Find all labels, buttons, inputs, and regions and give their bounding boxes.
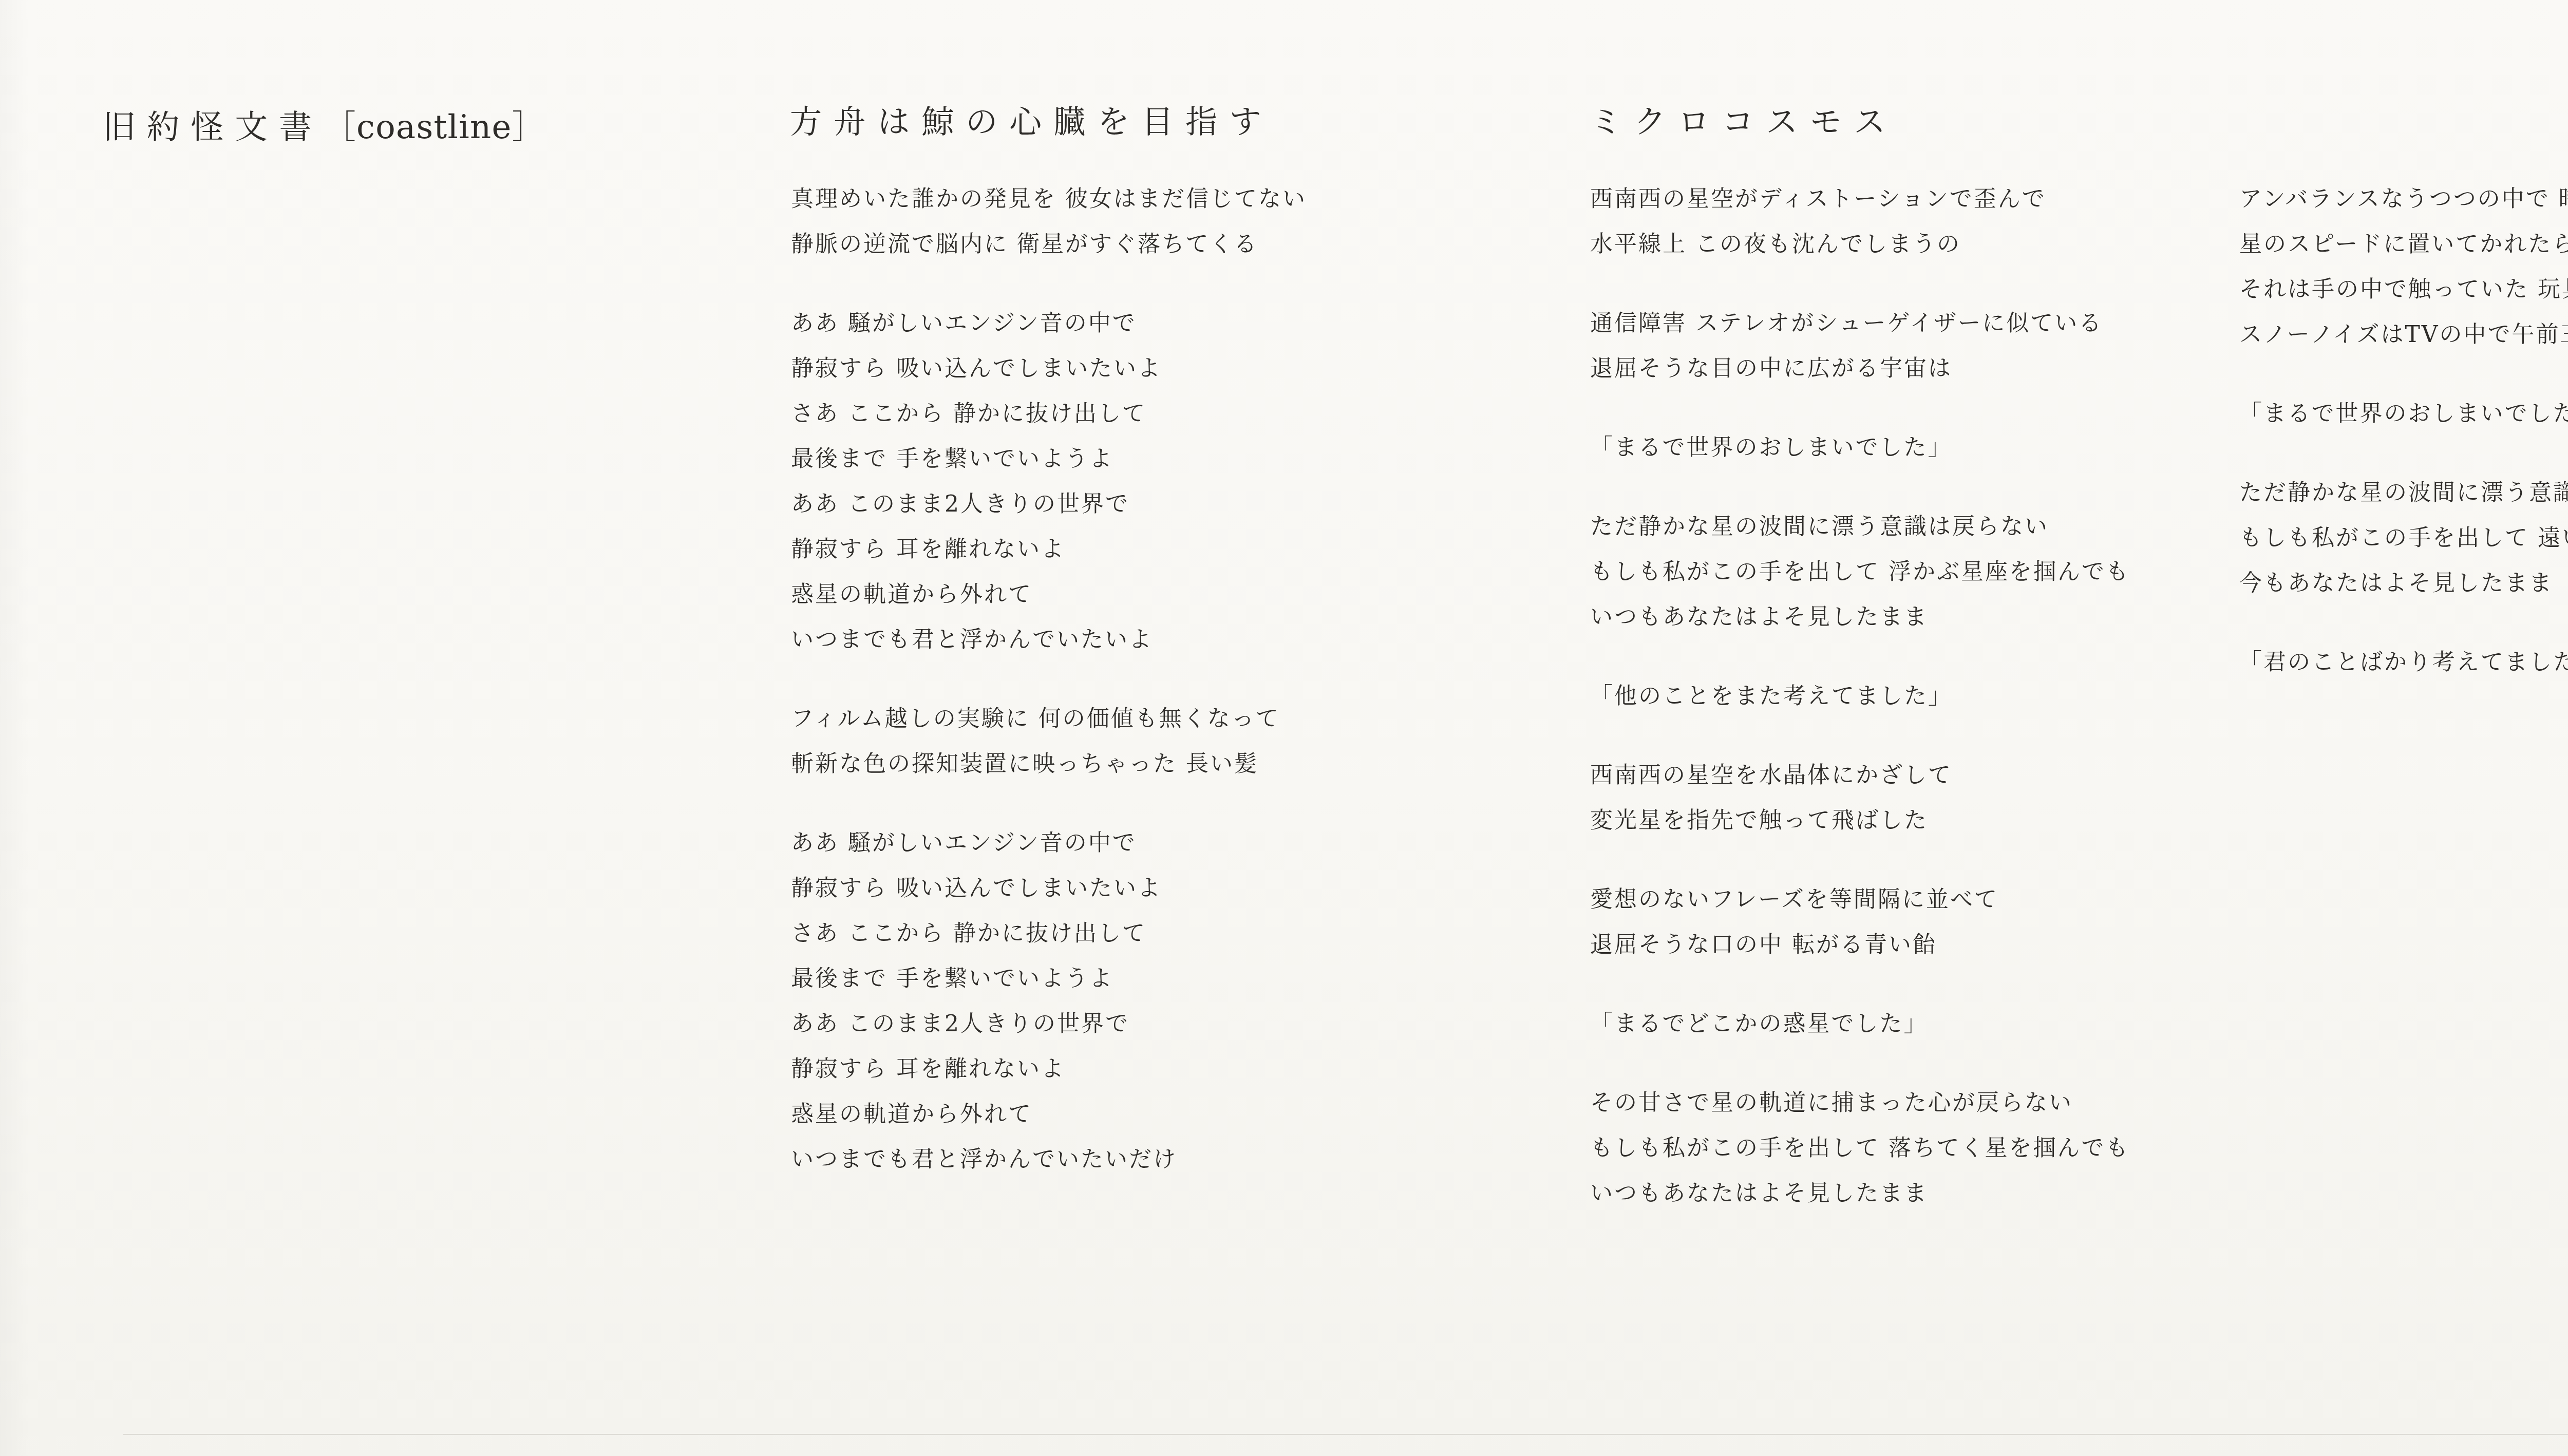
lyric-line: 最後まで 手を繋いでいようよ xyxy=(791,437,1307,482)
lyric-line: 水平線上 この夜も沈んでしまうの xyxy=(1590,222,2130,267)
lyric-line: さあ ここから 静かに抜け出して xyxy=(791,911,1307,956)
lyric-line-quote: 「まるで世界のおしまいでした」 xyxy=(2239,391,2568,437)
lyric-line-quote: 「まるで世界のおしまいでした」 xyxy=(1590,425,2130,470)
lyric-line: フィルム越しの実験に 何の価値も無くなって xyxy=(791,696,1307,742)
album-title-coastline: ［coastline］ xyxy=(323,108,545,146)
lyric-line: 今もあなたはよそ見したまま xyxy=(2239,561,2568,606)
lyric-line: ただ静かな星の波間に漂う意識は戻らない xyxy=(1590,504,2130,550)
lyric-line: いつまでも君と浮かんでいたいよ xyxy=(791,617,1307,663)
stanza: 「まるで世界のおしまいでした」 xyxy=(2239,391,2568,437)
lyric-line: 惑星の軌道から外れて xyxy=(791,572,1307,617)
stanza: 愛想のないフレーズを等間隔に並べて 退屈そうな口の中 転がる青い飴 xyxy=(1590,877,2130,968)
lyric-line: ああ このまま2人きりの世界で xyxy=(791,1001,1307,1047)
song-microcosmos-lyrics-column-1: 西南西の星空がディストーションで歪んで 水平線上 この夜も沈んでしまうの 通信障… xyxy=(1590,177,2130,1216)
stanza: ああ 騒がしいエンジン音の中で 静寂すら 吸い込んでしまいたいよ さあ ここから… xyxy=(791,821,1307,1182)
stanza: ただ静かな星の波間に漂う意識は戻らない もしも私がこの手を出して 遠い銀河を掴ん… xyxy=(2239,470,2568,606)
stanza: その甘さで星の軌道に捕まった心が戻らない もしも私がこの手を出して 落ちてく星を… xyxy=(1590,1081,2130,1216)
stanza: フィルム越しの実験に 何の価値も無くなって 斬新な色の探知装置に映っちゃった 長… xyxy=(791,696,1307,787)
lyric-line: それは手の中で触っていた 玩具みたいな天の川 xyxy=(2239,267,2568,312)
lyric-line-quote: 「他のことをまた考えてました」 xyxy=(1590,674,2130,719)
lyric-line: 退屈そうな目の中に広がる宇宙は xyxy=(1590,346,2130,391)
stanza: ただ静かな星の波間に漂う意識は戻らない もしも私がこの手を出して 浮かぶ星座を掴… xyxy=(1590,504,2130,640)
lyric-line: ああ 騒がしいエンジン音の中で xyxy=(791,301,1307,346)
lyric-line: ああ 騒がしいエンジン音の中で xyxy=(791,821,1307,866)
lyric-line: スノーノイズはTVの中で午前三時を照らしてる xyxy=(2239,312,2568,357)
stanza: 「他のことをまた考えてました」 xyxy=(1590,674,2130,719)
stanza: 真理めいた誰かの発見を 彼女はまだ信じてない 静脈の逆流で脳内に 衛星がすぐ落ち… xyxy=(791,177,1307,267)
scan-edge-shading xyxy=(0,0,31,1456)
lyric-line: 愛想のないフレーズを等間隔に並べて xyxy=(1590,877,2130,922)
lyric-line: 通信障害 ステレオがシューゲイザーに似ている xyxy=(1590,301,2130,346)
song-title-microcosmos: ミクロコスモス xyxy=(1590,97,1898,142)
song-ark-lyrics: 真理めいた誰かの発見を 彼女はまだ信じてない 静脈の逆流で脳内に 衛星がすぐ落ち… xyxy=(791,177,1307,1182)
lyric-line: いつもあなたはよそ見したまま xyxy=(1590,595,2130,640)
stanza: 西南西の星空を水晶体にかざして 変光星を指先で触って飛ばした xyxy=(1590,753,2130,843)
lyric-line: 静寂すら 吸い込んでしまいたいよ xyxy=(791,346,1307,391)
album-title: 旧約怪文書［coastline］ xyxy=(103,101,545,148)
lyric-line-quote: 「まるでどこかの惑星でした」 xyxy=(1590,1001,2130,1047)
stanza: ああ 騒がしいエンジン音の中で 静寂すら 吸い込んでしまいたいよ さあ ここから… xyxy=(791,301,1307,663)
song-title-ark: 方舟は鯨の心臓を目指す xyxy=(790,97,1273,142)
stanza: 通信障害 ステレオがシューゲイザーに似ている 退屈そうな目の中に広がる宇宙は xyxy=(1590,301,2130,391)
lyric-line: いつもあなたはよそ見したまま xyxy=(1590,1171,2130,1216)
lyric-line: ただ静かな星の波間に漂う意識は戻らない xyxy=(2239,470,2568,516)
lyric-line: もしも私がこの手を出して 落ちてく星を掴んでも xyxy=(1590,1126,2130,1171)
lyric-line: ああ このまま2人きりの世界で xyxy=(791,482,1307,527)
lyrics-booklet-page: 旧約怪文書［coastline］ 方舟は鯨の心臓を目指す 真理めいた誰かの発見を… xyxy=(0,0,2568,1456)
lyric-line: 星のスピードに置いてかれたら 目醒めない xyxy=(2239,222,2568,267)
stanza: 「まるで世界のおしまいでした」 xyxy=(1590,425,2130,470)
lyric-line: 惑星の軌道から外れて xyxy=(791,1092,1307,1137)
lyric-line: もしも私がこの手を出して 浮かぶ星座を掴んでも xyxy=(1590,550,2130,595)
stanza: アンバランスなうつつの中で 時計仕掛けの夢を見る 星のスピードに置いてかれたら … xyxy=(2239,177,2568,357)
stanza: 「君のことばかり考えてました」 xyxy=(2239,640,2568,685)
lyric-line: 西南西の星空を水晶体にかざして xyxy=(1590,753,2130,798)
lyric-line: その甘さで星の軌道に捕まった心が戻らない xyxy=(1590,1081,2130,1126)
lyric-line-quote: 「君のことばかり考えてました」 xyxy=(2239,640,2568,685)
lyric-line: 退屈そうな口の中 転がる青い飴 xyxy=(1590,922,2130,968)
stanza: 「まるでどこかの惑星でした」 xyxy=(1590,1001,2130,1047)
stanza: 西南西の星空がディストーションで歪んで 水平線上 この夜も沈んでしまうの xyxy=(1590,177,2130,267)
lyric-line: 静寂すら 吸い込んでしまいたいよ xyxy=(791,866,1307,911)
lyric-line: 静脈の逆流で脳内に 衛星がすぐ落ちてくる xyxy=(791,222,1307,267)
lyric-line: 真理めいた誰かの発見を 彼女はまだ信じてない xyxy=(791,177,1307,222)
lyric-line: さあ ここから 静かに抜け出して xyxy=(791,391,1307,437)
lyric-line: いつまでも君と浮かんでいたいだけ xyxy=(791,1137,1307,1182)
scan-fold-line xyxy=(123,1434,2568,1435)
lyric-line: 変光星を指先で触って飛ばした xyxy=(1590,798,2130,843)
song-microcosmos-lyrics-column-2: アンバランスなうつつの中で 時計仕掛けの夢を見る 星のスピードに置いてかれたら … xyxy=(2239,177,2568,685)
lyric-line: アンバランスなうつつの中で 時計仕掛けの夢を見る xyxy=(2239,177,2568,222)
lyric-line: もしも私がこの手を出して 遠い銀河を掴んでも xyxy=(2239,516,2568,561)
lyric-line: 最後まで 手を繋いでいようよ xyxy=(791,956,1307,1001)
album-title-japanese: 旧約怪文書 xyxy=(103,108,323,146)
lyric-line: 静寂すら 耳を離れないよ xyxy=(791,527,1307,572)
lyric-line: 斬新な色の探知装置に映っちゃった 長い髪 xyxy=(791,742,1307,787)
lyric-line: 静寂すら 耳を離れないよ xyxy=(791,1047,1307,1092)
lyric-line: 西南西の星空がディストーションで歪んで xyxy=(1590,177,2130,222)
